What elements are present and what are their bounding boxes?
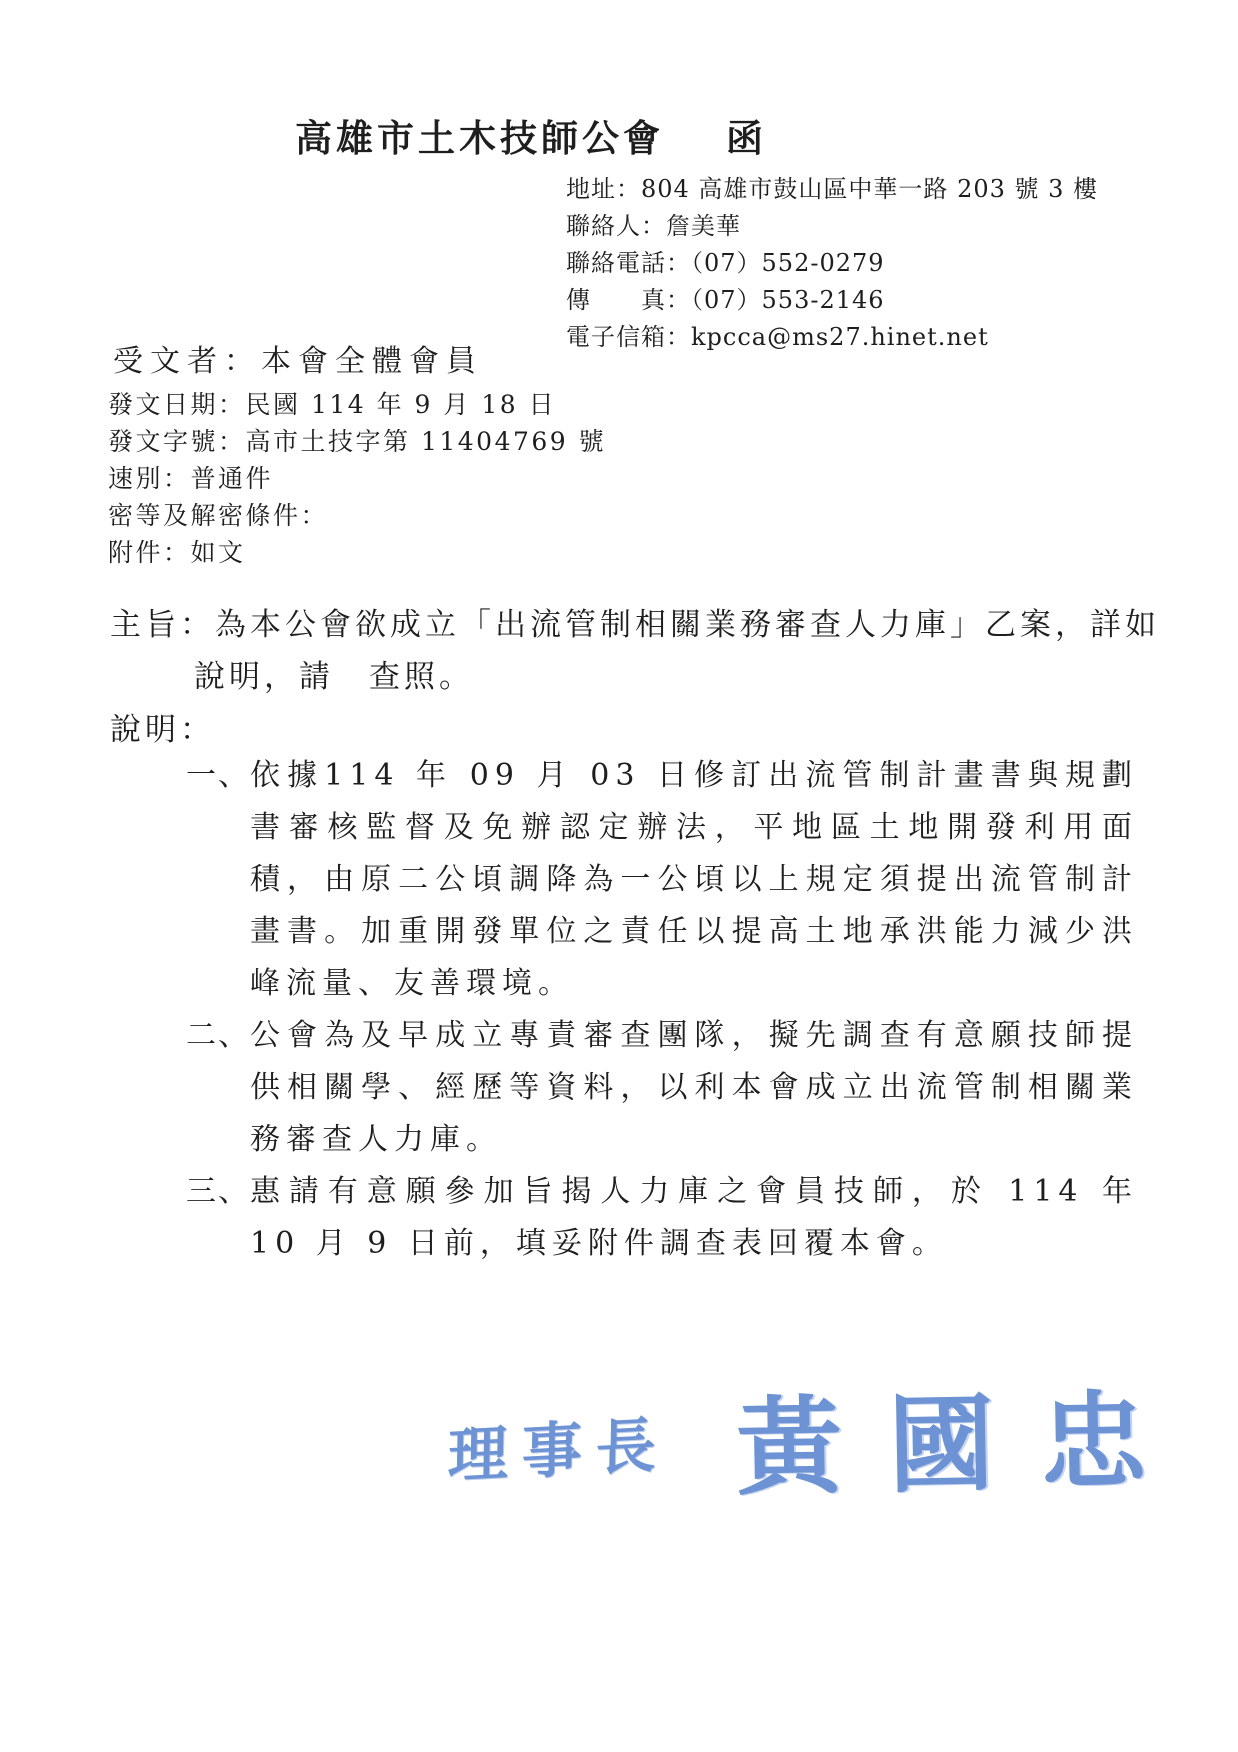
meta-line: 發文日期：民國 114 年 9 月 18 日: [108, 386, 606, 423]
subject-text: 為本公會欲成立「出流管制相關業務審查人力庫」乙案，詳如: [215, 607, 1160, 643]
recipient-line: 受文者：本會全體會員: [113, 336, 483, 380]
contact-line: 聯絡人：詹美華: [566, 208, 1098, 245]
explanation-label: 說明：: [110, 704, 215, 749]
meta-line: 發文字號：高市土技字第 11404769 號: [108, 423, 606, 460]
explanation-item: 三、惠請有意願參加旨揭人力庫之會員技師，於 114 年 10 月 9 日前，填妥…: [186, 1166, 1138, 1270]
item-number: 三、: [186, 1166, 250, 1218]
chairman-signature: 黃國忠: [735, 1356, 1194, 1516]
official-letter-page: 高雄市土木技師公會 函 地址：804 高雄市鼓山區中華一路 203 號 3 樓聯…: [0, 0, 1238, 1752]
explanation-item: 一、依據114 年 09 月 03 日修訂出流管制計畫書與規劃書審核監督及免辦認…: [186, 750, 1138, 1010]
item-text: 依據114 年 09 月 03 日修訂出流管制計畫書與規劃書審核監督及免辦認定辦…: [250, 750, 1138, 1010]
meta-block: 發文日期：民國 114 年 9 月 18 日發文字號：高市土技字第 114047…: [108, 386, 606, 571]
explanation-items: 一、依據114 年 09 月 03 日修訂出流管制計畫書與規劃書審核監督及免辦認…: [186, 750, 1138, 1270]
item-number: 二、: [186, 1010, 250, 1062]
subject-label: 主旨：: [110, 607, 215, 643]
subject-line-2: 說明，請 查照。: [194, 655, 1140, 699]
signature-block: 理事長 黃國忠: [448, 1360, 1192, 1512]
contact-line: 傳 真：（07）553-2146: [566, 282, 1098, 319]
letter-header: 高雄市土木技師公會 函: [295, 108, 767, 162]
item-text: 公會為及早成立專責審查團隊，擬先調查有意願技師提供相關學、經歷等資料，以利本會成…: [250, 1010, 1138, 1166]
contact-line: 聯絡電話：（07）552-0279: [566, 245, 1098, 282]
meta-line: 速別：普通件: [108, 460, 606, 497]
contact-line: 電子信箱：kpcca@ms27.hinet.net: [566, 319, 1098, 356]
org-title: 高雄市土木技師公會: [295, 108, 664, 162]
item-number: 一、: [186, 750, 250, 802]
item-text: 惠請有意願參加旨揭人力庫之會員技師，於 114 年 10 月 9 日前，填妥附件…: [250, 1166, 1138, 1270]
contact-block: 地址：804 高雄市鼓山區中華一路 203 號 3 樓聯絡人：詹美華聯絡電話：（…: [566, 171, 1098, 356]
chairman-title-script: 理事長: [447, 1397, 670, 1495]
contact-line: 地址：804 高雄市鼓山區中華一路 203 號 3 樓: [566, 171, 1098, 208]
explanation-item: 二、公會為及早成立專責審查團隊，擬先調查有意願技師提供相關學、經歷等資料，以利本…: [186, 1010, 1138, 1166]
doc-type-label: 函: [726, 108, 767, 162]
meta-line: 附件：如文: [108, 534, 606, 571]
meta-line: 密等及解密條件：: [108, 497, 606, 534]
subject-block: 主旨：為本公會欲成立「出流管制相關業務審查人力庫」乙案，詳如 說明，請 查照。: [110, 603, 1140, 699]
subject-line-1: 主旨：為本公會欲成立「出流管制相關業務審查人力庫」乙案，詳如: [110, 603, 1140, 647]
